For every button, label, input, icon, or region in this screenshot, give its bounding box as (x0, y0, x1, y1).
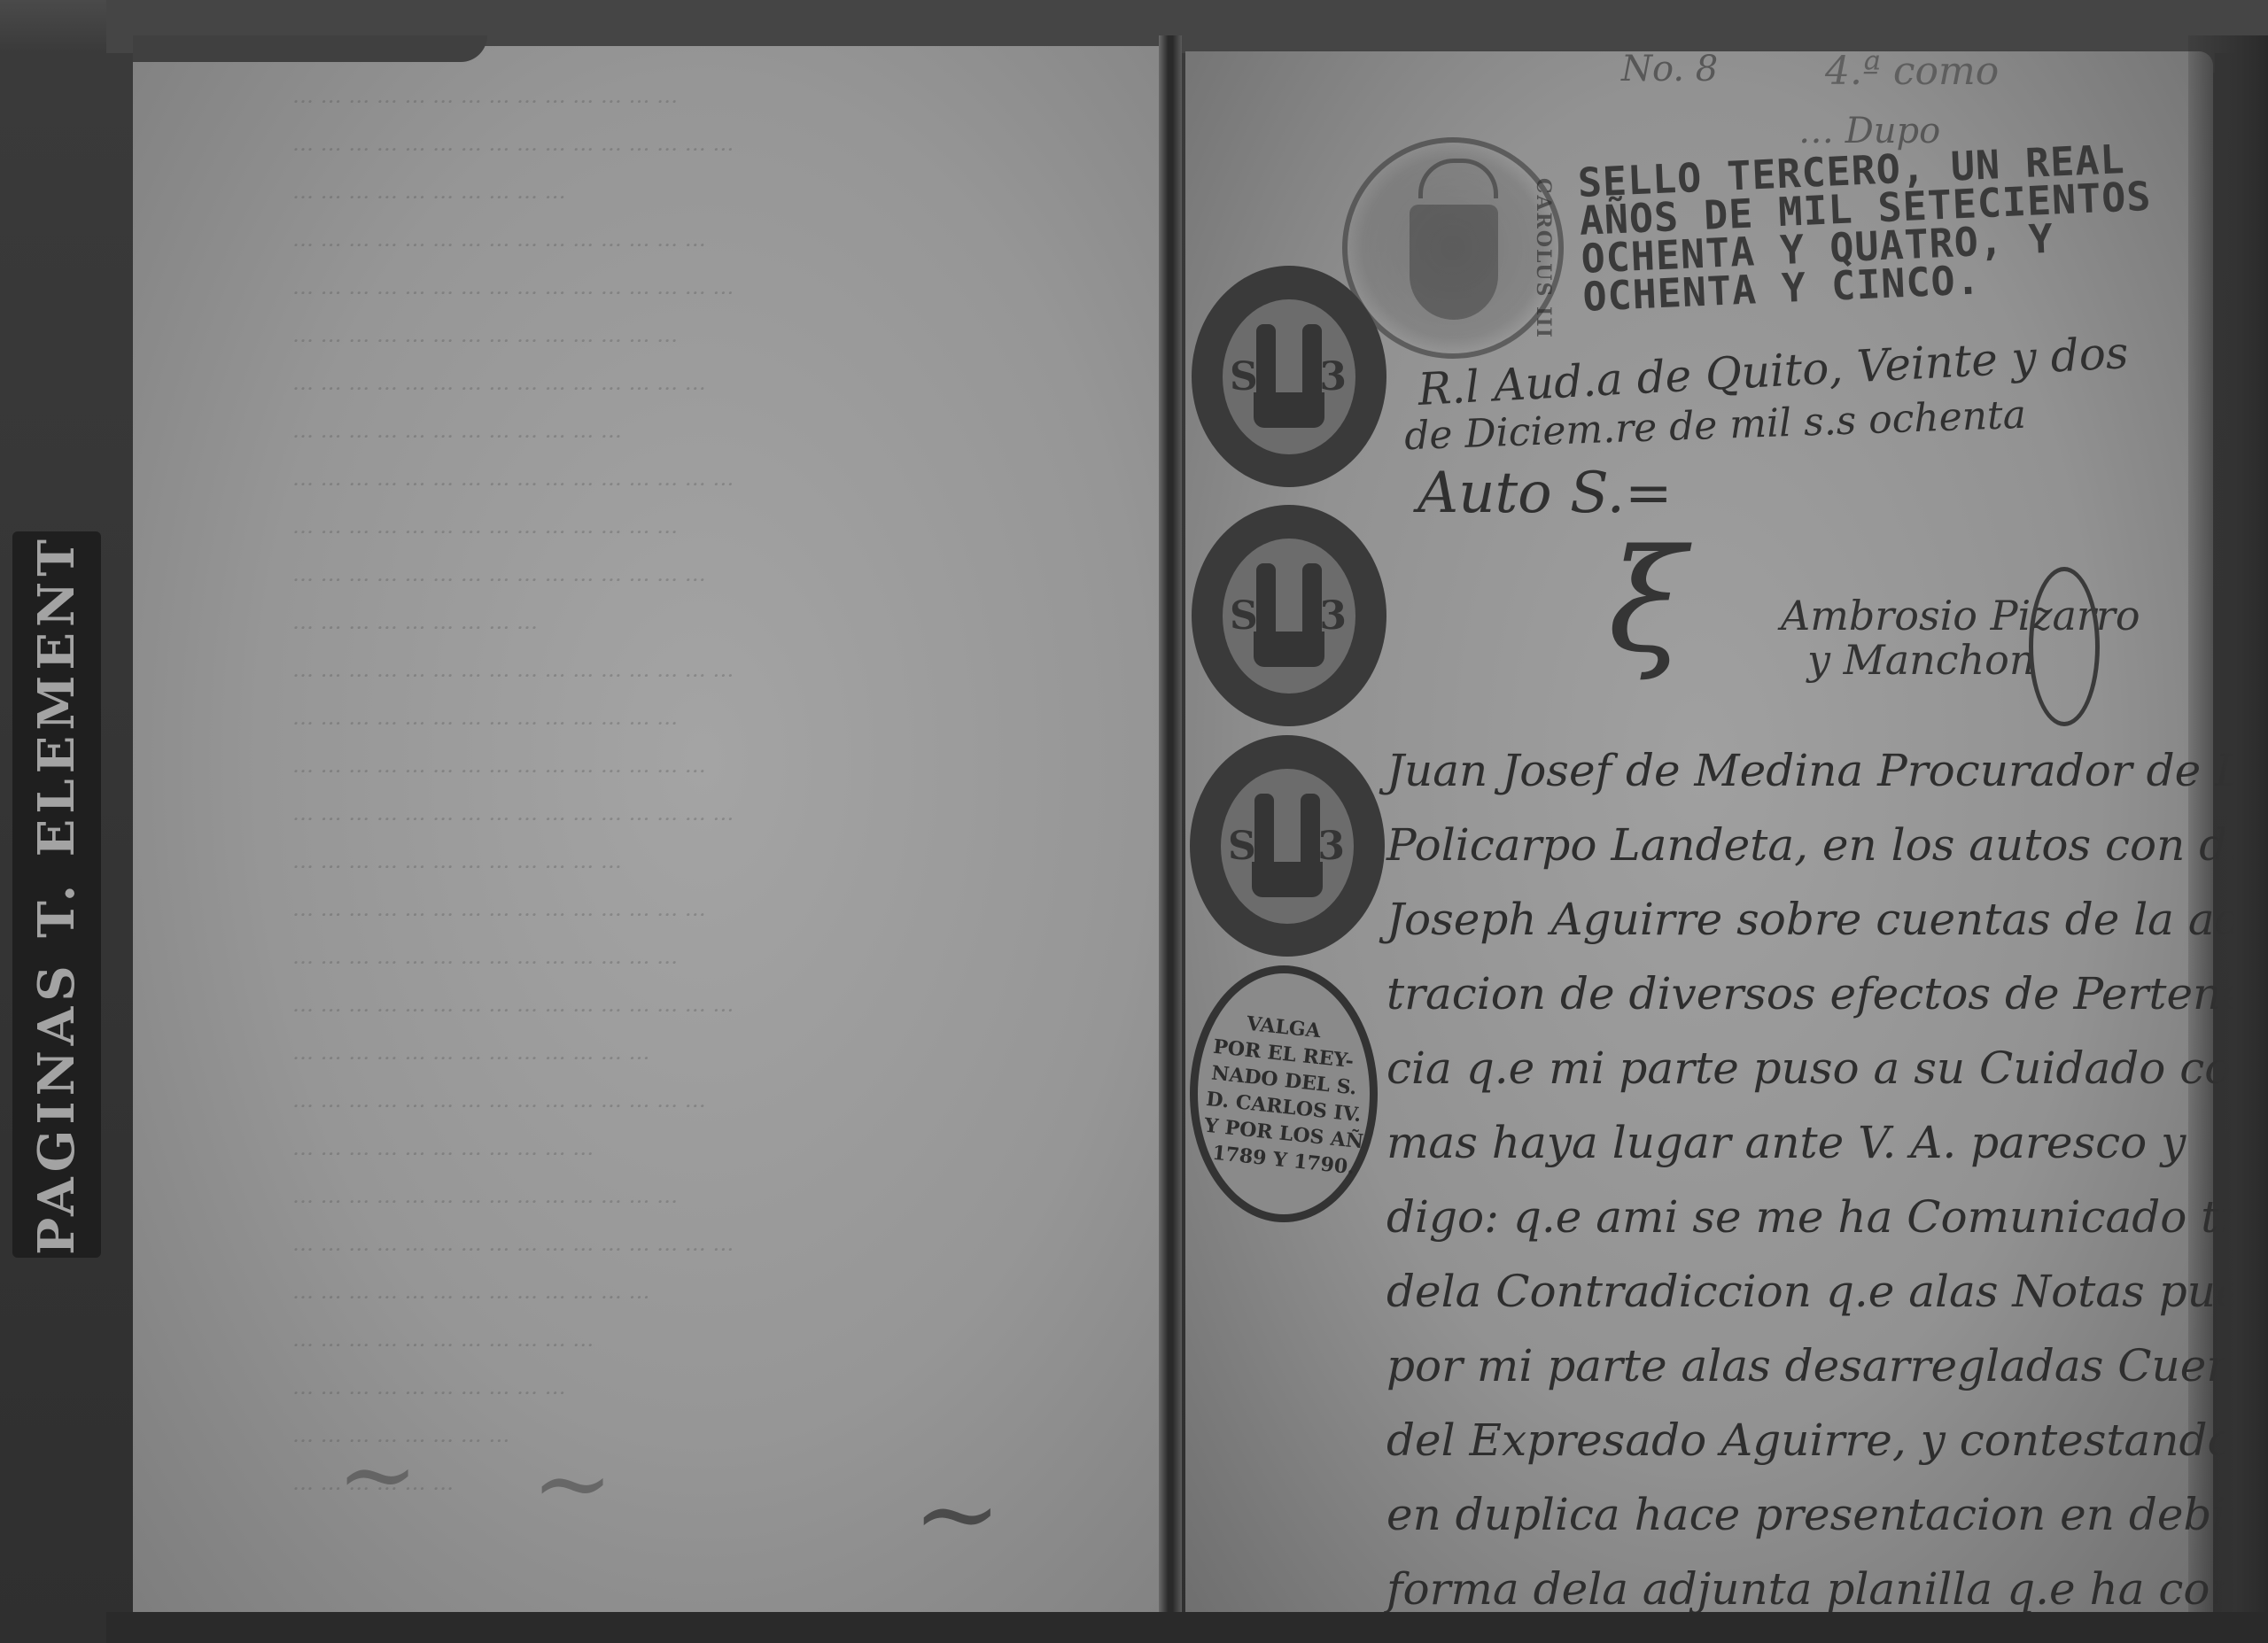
cover-tab-left (133, 35, 487, 62)
faded-line: … … … … … … … … … … … (292, 1332, 1161, 1346)
faded-line: … … … … … … … … … … … … … … … … (292, 663, 1161, 677)
crown-icon (1418, 159, 1498, 198)
coat-of-arms-shield (1410, 205, 1498, 320)
faded-line: … … … … … … … … … … … … … … … … (292, 136, 1161, 151)
faded-line: … … … … … … … … … … … … … … (292, 519, 1161, 533)
faded-line: … … … … … … (292, 1476, 1161, 1490)
faded-line: … … … … … … … … … … … … … … … … (292, 1236, 1161, 1251)
book-spine-label: PAGINAS T. ELEMENT (12, 531, 101, 1258)
top-annotation: 4.ª como (1825, 49, 1999, 94)
body-line: Joseph Aguirre sobre cuentas de la admin… (1386, 884, 2219, 958)
seal-letter: S (1230, 354, 1258, 399)
faded-line: … … … … … … … … (292, 1428, 1161, 1442)
body-line: en duplica hace presentacion en debida (1386, 1479, 2219, 1554)
faded-line: … … … … … … … … … … … … … … … … (292, 280, 1161, 294)
auto-heading: Auto S.= (1417, 461, 1673, 526)
faded-line: … … … … … … … … … … … … … … (292, 1189, 1161, 1203)
carlos-iv-validation-stamp: VALGA POR EL REY- NADO DEL S. D. CARLOS … (1190, 965, 1378, 1222)
left-page-bleedthrough-text: … … … … … … … … … … … … … … … … … … … … … (292, 89, 1161, 1523)
faded-line: … … … … … … … … … … … … … … (292, 89, 1161, 103)
book-gutter (1159, 35, 1182, 1643)
page-bottom-shadow (106, 1612, 2268, 1643)
faded-line: … … … … … … … … … … … … … … … … (292, 471, 1161, 485)
seal-legend: CAROLUS III (1532, 178, 1555, 339)
seal-digit: 3 (1319, 593, 1347, 639)
rubric-flourish-icon: ξ (1608, 518, 1686, 684)
body-line: Juan Josef de Medina Procurador de Dn (1386, 735, 2219, 810)
seal-digit: 3 (1319, 354, 1347, 399)
faded-line: … … … … … … … … … … … … … … (292, 710, 1161, 725)
faded-line: … … … … … … … … … … … … … … … (292, 902, 1161, 916)
left-rubric: ~ (532, 1426, 613, 1539)
body-line: mas haya lugar ante V. A. paresco y (1386, 1107, 2219, 1182)
left-rubric-signature: ~ (913, 1453, 1002, 1576)
faded-line: … … … … … … … … … … … … … … … (292, 232, 1161, 246)
printed-stamped-paper-header: SELLO TERCERO, UN REAL AÑOS DE MIL SETEC… (1577, 136, 2203, 315)
faded-line: … … … … … … … … … … … … … … … … (292, 997, 1161, 1011)
faded-line: … … … … … … … … … … (292, 1380, 1161, 1394)
body-line: tracion de diversos efectos de Pertenen.… (1386, 958, 2219, 1033)
faded-line: … … … … … … … … … … … … … … (292, 949, 1161, 964)
body-line: dela Contradiccion q.e alas Notas puesta… (1386, 1256, 2219, 1330)
spine-label-text: PAGINAS T. ELEMENT (27, 534, 86, 1255)
left-rubric: ~ (337, 1417, 418, 1531)
petition-body-text: Juan Josef de Medina Procurador de Dn Po… (1386, 735, 2219, 1628)
body-line: cia q.e mi parte puso a su Cuidado como (1386, 1033, 2219, 1107)
s3-tax-seal-icon: S 3 (1190, 735, 1385, 957)
faded-line: … … … … … … … … … … … … … … … (292, 1093, 1161, 1107)
folio-number: No. 8 (1621, 49, 1718, 89)
faded-line: … … … … … … … … … … … … … (292, 1284, 1161, 1298)
faded-line: … … … … … … … … … … … (292, 1141, 1161, 1155)
faded-line: … … … … … … … … … … … … (292, 854, 1161, 868)
body-line: por mi parte alas desarregladas Cuentas (1386, 1330, 2219, 1405)
s3-tax-seal-icon: S 3 (1192, 505, 1386, 726)
tower-icon (1254, 794, 1274, 864)
faded-line: … … … … … … … … … … … … … … (292, 328, 1161, 342)
faded-line: … … … … … … … … … … … … (292, 423, 1161, 438)
s3-tax-seal-icon: S 3 (1192, 266, 1386, 487)
seal-base (1254, 392, 1324, 428)
seal-base (1252, 862, 1323, 897)
signature-flourish-icon (2029, 567, 2100, 726)
faded-line: … … … … … … … … … … … … … … … (292, 376, 1161, 390)
body-line: Policarpo Landeta, en los autos con d.n (1386, 810, 2219, 884)
page-edge-shadow (2188, 35, 2268, 1643)
faded-line: … … … … … … … … … … (292, 184, 1161, 198)
faded-line: … … … … … … … … … … … … … … … (292, 758, 1161, 772)
faded-line: … … … … … … … … … … … … … … … … (292, 806, 1161, 820)
seal-base (1254, 632, 1324, 667)
faded-line: … … … … … … … … … … … … … … … (292, 567, 1161, 581)
tower-icon (1256, 563, 1276, 634)
faded-line: … … … … … … … … … (292, 615, 1161, 629)
tower-icon (1256, 324, 1276, 395)
seal-digit: 3 (1317, 824, 1345, 869)
body-line: digo: q.e ami se me ha Comunicado trasla… (1386, 1182, 2219, 1256)
seal-letter: S (1230, 593, 1258, 639)
body-line: del Expresado Aguirre, y contestando (1386, 1405, 2219, 1479)
seal-letter: S (1228, 824, 1256, 869)
faded-line: … … … … … … … … … … … … … (292, 1045, 1161, 1059)
